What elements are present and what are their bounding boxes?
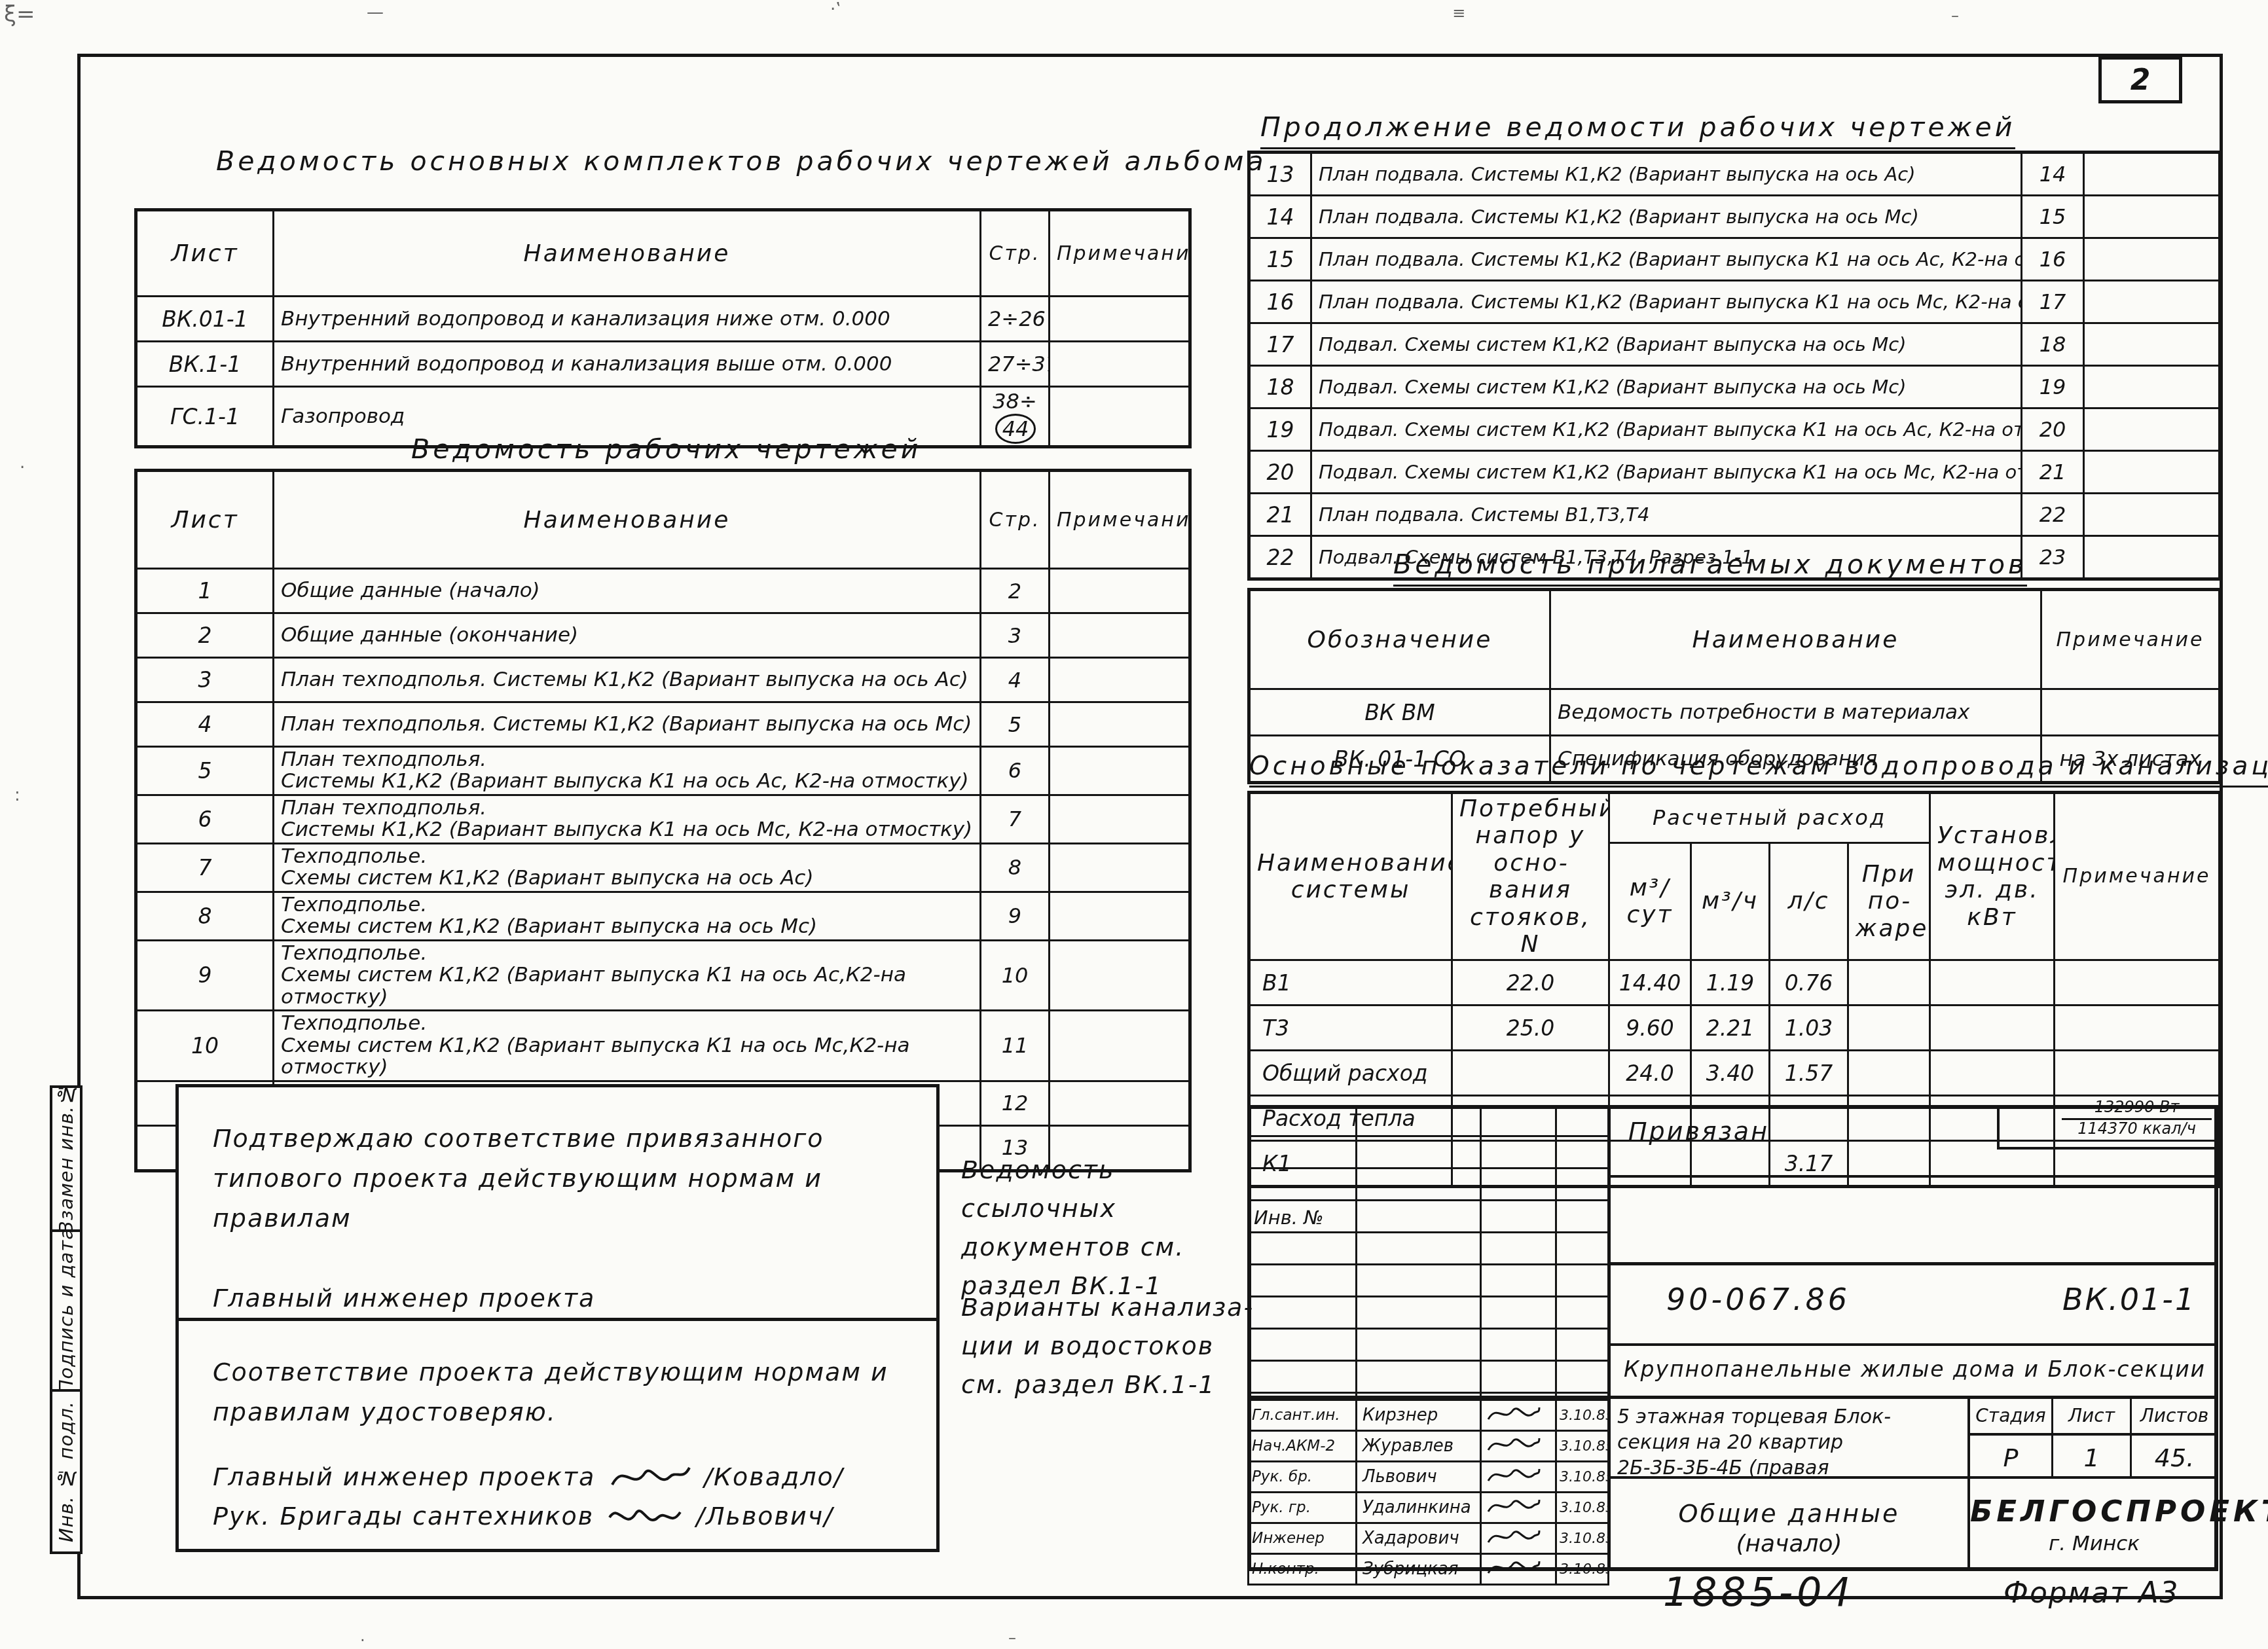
stamp-revision-grid bbox=[1247, 1105, 1607, 1398]
cell: Журавлев bbox=[1357, 1431, 1481, 1462]
stamp-line bbox=[1607, 1175, 2218, 1178]
cell bbox=[2084, 408, 2220, 451]
table-row: ИнженерХадарович3.10.85 bbox=[1249, 1523, 1609, 1554]
col-power: Установл. мощность эл. дв. кВт bbox=[1930, 793, 2055, 960]
cell: 21 bbox=[2022, 451, 2084, 494]
signature-scribble bbox=[606, 1498, 684, 1534]
cell bbox=[1481, 1523, 1556, 1554]
cell: Рук. бр. bbox=[1249, 1462, 1357, 1493]
certify-text: Соответствие проекта действующим нормам … bbox=[179, 1321, 936, 1432]
cell: 1.03 bbox=[1770, 1006, 1848, 1051]
drawing-sheet: 2 Ведомость основных комплектов рабочих … bbox=[0, 0, 2268, 1649]
note-reference-docs: Ведомость ссылочных документов см. разде… bbox=[961, 1151, 1256, 1305]
cell: Подвал. Схемы систем К1,К2 (Вариант выпу… bbox=[1311, 366, 2022, 408]
cell bbox=[2084, 281, 2220, 323]
cell: 18 bbox=[2022, 323, 2084, 366]
cell bbox=[2084, 451, 2220, 494]
cell bbox=[2084, 494, 2220, 536]
stamp-line bbox=[1997, 1147, 2218, 1150]
cell: Техподполье.Схемы систем К1,К2 (Вариант … bbox=[274, 892, 981, 940]
cell: 3 bbox=[981, 613, 1050, 658]
cell: 25.0 bbox=[1452, 1006, 1609, 1051]
cell: 1.57 bbox=[1770, 1051, 1848, 1096]
stamp-privyazan: Привязан bbox=[1628, 1117, 1769, 1146]
cell: 3.10.85 bbox=[1556, 1400, 1609, 1431]
sidebar-cell-vzamen: Взамен инв.№ bbox=[50, 1085, 82, 1232]
table-row: Нач.АКМ-2Журавлев3.10.85 bbox=[1249, 1431, 1609, 1462]
sig-name: /Львович/ bbox=[696, 1502, 833, 1531]
table-row: 19Подвал. Схемы систем К1,К2 (Вариант вы… bbox=[1249, 408, 2220, 451]
signature-scribble bbox=[1484, 1401, 1542, 1426]
stamp-sheet-title-1: Общие данные bbox=[1611, 1499, 1967, 1528]
cell: 4 bbox=[136, 702, 274, 747]
col-note: Примечание bbox=[1050, 210, 1190, 297]
cell bbox=[1481, 1462, 1556, 1493]
cell bbox=[1481, 1400, 1556, 1431]
cell: План подвала. Системы К1,К2 (Вариант вып… bbox=[1311, 153, 2022, 196]
cell: 6 bbox=[981, 747, 1050, 795]
stamp-doc-number: 90-067.86 bbox=[1666, 1282, 1850, 1317]
table-row: 5План техподполья.Системы К1,К2 (Вариант… bbox=[136, 747, 1190, 795]
cell: 12 bbox=[981, 1081, 1050, 1125]
cell bbox=[1050, 1081, 1190, 1125]
cell bbox=[2084, 196, 2220, 238]
cell bbox=[1050, 342, 1190, 387]
cell: 14.40 bbox=[1609, 960, 1691, 1006]
cell: Гл.сант.ин. bbox=[1249, 1400, 1357, 1431]
cell: 11 bbox=[981, 1011, 1050, 1081]
cell bbox=[2084, 153, 2220, 196]
cell bbox=[1481, 1554, 1556, 1585]
certify-box-norms: Соответствие проекта действующим нормам … bbox=[175, 1318, 940, 1552]
cell bbox=[1848, 960, 1930, 1006]
cell: 9.60 bbox=[1609, 1006, 1691, 1051]
sidebar-label: Взамен инв.№ bbox=[55, 1083, 77, 1234]
cell: 10 bbox=[136, 1011, 274, 1081]
cell: 15 bbox=[2022, 196, 2084, 238]
cell bbox=[2084, 366, 2220, 408]
cell bbox=[2041, 689, 2220, 736]
stamp-line bbox=[1607, 1343, 2218, 1346]
album-table-title: Ведомость основных комплектов рабочих че… bbox=[216, 145, 1267, 177]
certify-role: Главный инженер проекта bbox=[179, 1284, 936, 1313]
cell: Техподполье.Схемы систем К1,К2 (Вариант … bbox=[274, 940, 981, 1010]
stamp-sheet-title-2: (начало) bbox=[1611, 1531, 1967, 1557]
scan-artifact: · bbox=[20, 458, 25, 478]
working-header-row: Лист Наименование Стр. Примечание bbox=[136, 471, 1190, 569]
cell: 20 bbox=[1249, 451, 1311, 494]
cell: Подвал. Схемы систем К1,К2 (Вариант выпу… bbox=[1311, 323, 2022, 366]
cell: 8 bbox=[136, 892, 274, 940]
docs-header-row: Обозначение Наименование Примечание bbox=[1249, 590, 2220, 689]
signature-scribble bbox=[1484, 1524, 1542, 1549]
col-m3-day: м³/сут bbox=[1609, 843, 1691, 960]
sig-role: Главный инженер проекта bbox=[213, 1462, 595, 1491]
col-name: Наименование bbox=[1550, 590, 2041, 689]
indicators-title: Основные показатели по чертежам водопров… bbox=[1249, 752, 2268, 788]
scan-artifact: — bbox=[367, 3, 384, 22]
table-row: 2Общие данные (окончание)3 bbox=[136, 613, 1190, 658]
certify-box-typical: Подтверждаю соответствие привязанного ти… bbox=[175, 1084, 940, 1321]
cell: 3.10.85 bbox=[1556, 1462, 1609, 1493]
stamp-series-title: Крупнопанельные жилые дома и Блок-секции bbox=[1624, 1356, 2206, 1382]
cell: 3.10.85 bbox=[1556, 1431, 1609, 1462]
table-row: Гл.сант.ин.Кирзнер3.10.85 bbox=[1249, 1400, 1609, 1431]
album-table: Лист Наименование Стр. Примечание ВК.01-… bbox=[134, 208, 1192, 448]
cell: Н.контр. bbox=[1249, 1554, 1357, 1585]
table-row: 10Техподполье.Схемы систем К1,К2 (Вариан… bbox=[136, 1011, 1190, 1081]
cell: Общие данные (окончание) bbox=[274, 613, 981, 658]
cell: Зубрицкая bbox=[1357, 1554, 1481, 1585]
cell: 2÷26 bbox=[981, 297, 1050, 342]
cell: Львович bbox=[1357, 1462, 1481, 1493]
cell bbox=[1848, 1051, 1930, 1096]
cell: 22 bbox=[2022, 494, 2084, 536]
cell: 13 bbox=[1249, 153, 1311, 196]
sidebar-label: Подпись и дата bbox=[55, 1227, 77, 1394]
stamp-stage-value: Р bbox=[1970, 1443, 2051, 1472]
stamp-line bbox=[1967, 1433, 2218, 1436]
scan-artifact: – bbox=[1951, 7, 1959, 25]
stamp-line bbox=[1480, 1105, 1482, 1398]
cell: Удалинкина bbox=[1357, 1493, 1481, 1523]
cell bbox=[1050, 569, 1190, 613]
cell: 16 bbox=[2022, 238, 2084, 281]
table-row: 13План подвала. Системы К1,К2 (Вариант в… bbox=[1249, 153, 2220, 196]
scan-artifact: ξ= bbox=[4, 1, 35, 27]
cell: 2 bbox=[136, 613, 274, 658]
cell: План подвала. Системы В1,Т3,Т4 bbox=[1311, 494, 2022, 536]
cell: Подвал. Схемы систем К1,К2 (Вариант выпу… bbox=[1311, 451, 2022, 494]
table-row: 9Техподполье.Схемы систем К1,К2 (Вариант… bbox=[136, 940, 1190, 1010]
table-row: 14План подвала. Системы К1,К2 (Вариант в… bbox=[1249, 196, 2220, 238]
cell: 27÷37 bbox=[981, 342, 1050, 387]
stamp-inv-no: Инв. № bbox=[1254, 1206, 1323, 1229]
sig-name: /Ковадло/ bbox=[704, 1462, 843, 1491]
table-row: В122.014.401.190.76 bbox=[1249, 960, 2220, 1006]
col-flow-group: Расчетный расход bbox=[1609, 793, 1930, 843]
cell bbox=[2055, 960, 2220, 1006]
table-row: ВК.1-1 Внутренний водопровод и канализац… bbox=[136, 342, 1190, 387]
table-row: 20Подвал. Схемы систем К1,К2 (Вариант вы… bbox=[1249, 451, 2220, 494]
signature-scribble bbox=[607, 1460, 692, 1494]
cell: 17 bbox=[2022, 281, 2084, 323]
col-pages: Стр. bbox=[981, 210, 1050, 297]
circled-page: 44 bbox=[995, 414, 1036, 444]
cell bbox=[1930, 1006, 2055, 1051]
working-table-title: Ведомость рабочих чертежей bbox=[411, 433, 922, 465]
cell: Инженер bbox=[1249, 1523, 1357, 1554]
cell: 7 bbox=[981, 795, 1050, 843]
order-number: 1885-04 bbox=[1663, 1570, 1855, 1616]
cell: План техподполья.Системы К1,К2 (Вариант … bbox=[274, 747, 981, 795]
cell: Рук. гр. bbox=[1249, 1493, 1357, 1523]
cell: 14 bbox=[2022, 153, 2084, 196]
format-label: Формат А3 bbox=[2003, 1576, 2180, 1610]
cell bbox=[2084, 536, 2220, 579]
cell: ВК.1-1 bbox=[136, 342, 274, 387]
stamp-doc-code: ВК.01-1 bbox=[2062, 1282, 2196, 1317]
cell: План подвала. Системы К1,К2 (Вариант вып… bbox=[1311, 196, 2022, 238]
cell: Общие данные (начало) bbox=[274, 569, 981, 613]
cell: 20 bbox=[2022, 408, 2084, 451]
cell: 3.10.85 bbox=[1556, 1554, 1609, 1585]
cell: 7 bbox=[136, 843, 274, 892]
signature-scribble bbox=[1484, 1493, 1542, 1518]
col-note: Примечание bbox=[1050, 471, 1190, 569]
cell bbox=[1930, 960, 2055, 1006]
cell: 10 bbox=[981, 940, 1050, 1010]
indicators-header-row1: Наименование системы Потребный напор у о… bbox=[1249, 793, 2220, 843]
table-row: 16План подвала. Системы К1,К2 (Вариант в… bbox=[1249, 281, 2220, 323]
scan-artifact: · bbox=[360, 1631, 365, 1649]
stamp-line bbox=[1555, 1105, 1557, 1398]
cell: 16 bbox=[1249, 281, 1311, 323]
stamp-line bbox=[1607, 1262, 2218, 1265]
cell: Нач.АКМ-2 bbox=[1249, 1431, 1357, 1462]
cell bbox=[1050, 747, 1190, 795]
cell: Ведомость потребности в материалах bbox=[1550, 689, 2041, 736]
scan-artifact: : bbox=[14, 786, 20, 805]
cell bbox=[2055, 1051, 2220, 1096]
stamp-object-desc: 5 этажная торцевая Блок-секция на 20 ква… bbox=[1617, 1404, 1958, 1481]
cell bbox=[1050, 613, 1190, 658]
scan-artifact: ≡ bbox=[1452, 4, 1465, 22]
table-row: 4План техподполья. Системы К1,К2 (Вариан… bbox=[136, 702, 1190, 747]
pages-prefix: 38÷ bbox=[993, 389, 1037, 414]
cell: Техподполье.Схемы систем К1,К2 (Вариант … bbox=[274, 1011, 981, 1081]
col-m3-hour: м³/ч bbox=[1691, 843, 1770, 960]
cell: Общий расход bbox=[1249, 1051, 1452, 1096]
cell: План техподполья. Системы К1,К2 (Вариант… bbox=[274, 658, 981, 702]
page-number-box: 2 bbox=[2098, 56, 2182, 103]
cell bbox=[1930, 1051, 2055, 1096]
sidebar-cell-podpis: Подпись и дата bbox=[50, 1229, 82, 1392]
table-row: Рук. гр.Удалинкина3.10.85 bbox=[1249, 1493, 1609, 1523]
scan-artifact: ·‛ bbox=[830, 0, 841, 20]
cell: 19 bbox=[1249, 408, 1311, 451]
stamp-org-name: БЕЛГОСПРОЕКТ bbox=[1970, 1494, 2218, 1529]
cell: 0.76 bbox=[1770, 960, 1848, 1006]
table-row: 18Подвал. Схемы систем К1,К2 (Вариант вы… bbox=[1249, 366, 2220, 408]
col-sheet: Лист bbox=[136, 471, 274, 569]
cell: План подвала. Системы К1,К2 (Вариант вып… bbox=[1311, 238, 2022, 281]
cell: 9 bbox=[981, 892, 1050, 940]
stamp-sheets-value: 45. bbox=[2132, 1443, 2217, 1472]
cell: План техподполья.Системы К1,К2 (Вариант … bbox=[274, 795, 981, 843]
cell: 5 bbox=[981, 702, 1050, 747]
cell: Т3 bbox=[1249, 1006, 1452, 1051]
certify-text: Подтверждаю соответствие привязанного ти… bbox=[179, 1087, 936, 1238]
table-row: ВК ВМВедомость потребности в материалах bbox=[1249, 689, 2220, 736]
cell: 38÷44 bbox=[981, 387, 1050, 447]
cell: 15 bbox=[1249, 238, 1311, 281]
sig-role: Рук. Бригады сантехников bbox=[213, 1502, 594, 1531]
cell bbox=[1848, 1006, 1930, 1051]
cell bbox=[1050, 843, 1190, 892]
col-note: Примечание bbox=[2041, 590, 2220, 689]
cell: План техподполья. Системы К1,К2 (Вариант… bbox=[274, 702, 981, 747]
signature-scribble bbox=[1484, 1462, 1542, 1487]
cell: План подвала. Системы К1,К2 (Вариант вып… bbox=[1311, 281, 2022, 323]
col-name: Наименование bbox=[274, 210, 981, 297]
cell: 2 bbox=[981, 569, 1050, 613]
cell: Внутренний водопровод и канализация ниже… bbox=[274, 297, 981, 342]
cell: ВК ВМ bbox=[1249, 689, 1550, 736]
stamp-sheet-value: 1 bbox=[2053, 1443, 2130, 1472]
table-row: 7Техподполье.Схемы систем К1,К2 (Вариант… bbox=[136, 843, 1190, 892]
cell: 3.10.85 bbox=[1556, 1493, 1609, 1523]
cell: ВК.01-1 bbox=[136, 297, 274, 342]
cell: Подвал. Схемы систем К1,К2 (Вариант выпу… bbox=[1311, 408, 2022, 451]
cell bbox=[1050, 795, 1190, 843]
stamp-stage-header: Стадия bbox=[1970, 1405, 2051, 1426]
cell bbox=[1050, 940, 1190, 1010]
table-row: Н.контр.Зубрицкая3.10.85 bbox=[1249, 1554, 1609, 1585]
table-row: 21План подвала. Системы В1,Т3,Т422 bbox=[1249, 494, 2220, 536]
cell: 3.10.85 bbox=[1556, 1523, 1609, 1554]
cell: 8 bbox=[981, 843, 1050, 892]
cell: 5 bbox=[136, 747, 274, 795]
cell: 17 bbox=[1249, 323, 1311, 366]
stamp-org-city: г. Минск bbox=[1970, 1532, 2218, 1555]
cell bbox=[1481, 1493, 1556, 1523]
table-row: 3План техподполья. Системы К1,К2 (Вариан… bbox=[136, 658, 1190, 702]
sidebar-label: Инв. № подл. bbox=[55, 1401, 77, 1542]
signature-scribble bbox=[1484, 1555, 1542, 1580]
cell bbox=[1050, 892, 1190, 940]
signature-scribble bbox=[1484, 1432, 1542, 1457]
cell: 23 bbox=[2022, 536, 2084, 579]
col-napor: Потребный напор у осно­вания стоя­ков, N bbox=[1452, 793, 1609, 960]
table-row: 1Общие данные (начало)2 bbox=[136, 569, 1190, 613]
cell bbox=[1452, 1051, 1609, 1096]
page-number: 2 bbox=[2131, 63, 2151, 97]
cell: Внутренний водопровод и канализация выше… bbox=[274, 342, 981, 387]
cell bbox=[1050, 387, 1190, 447]
stamp-sheet-header: Лист bbox=[2053, 1405, 2130, 1426]
cell: ГС.1-1 bbox=[136, 387, 274, 447]
sidebar-cell-inv: Инв. № подл. bbox=[50, 1389, 82, 1554]
cell: 18 bbox=[1249, 366, 1311, 408]
col-system: Наименование системы bbox=[1249, 793, 1452, 960]
cell bbox=[1481, 1431, 1556, 1462]
table-row: 6План техподполья.Системы К1,К2 (Вариант… bbox=[136, 795, 1190, 843]
working-drawings-table: Лист Наименование Стр. Примечание 1Общие… bbox=[134, 469, 1192, 1172]
cell: 21 bbox=[1249, 494, 1311, 536]
continuation-table: 13План подвала. Системы К1,К2 (Вариант в… bbox=[1247, 151, 2222, 581]
table-row: ВК.01-1 Внутренний водопровод и канализа… bbox=[136, 297, 1190, 342]
col-l-s: л/с bbox=[1770, 843, 1848, 960]
cell: 3.40 bbox=[1691, 1051, 1770, 1096]
stamp-sheets-header: Листов bbox=[2132, 1405, 2217, 1426]
cell: 19 bbox=[2022, 366, 2084, 408]
cell: 1.19 bbox=[1691, 960, 1770, 1006]
table-row: Общий расход24.03.401.57 bbox=[1249, 1051, 2220, 1096]
cell: 9 bbox=[136, 940, 274, 1010]
cell: 22.0 bbox=[1452, 960, 1609, 1006]
stamp-signatures-table: Гл.сант.ин.Кирзнер3.10.85Нач.АКМ-2Журавл… bbox=[1247, 1399, 1609, 1586]
table-row: 17Подвал. Схемы систем К1,К2 (Вариант вы… bbox=[1249, 323, 2220, 366]
cell: В1 bbox=[1249, 960, 1452, 1006]
cell bbox=[1050, 297, 1190, 342]
cell: 24.0 bbox=[1609, 1051, 1691, 1096]
col-sheet: Лист bbox=[136, 210, 274, 297]
table-row: 8Техподполье.Схемы систем К1,К2 (Вариант… bbox=[136, 892, 1190, 940]
cell: Кирзнер bbox=[1357, 1400, 1481, 1431]
table-row: 15План подвала. Системы К1,К2 (Вариант в… bbox=[1249, 238, 2220, 281]
cell: 2.21 bbox=[1691, 1006, 1770, 1051]
continuation-title: Продолжение ведомости рабочих чертежей bbox=[1260, 111, 2015, 149]
cell bbox=[1050, 702, 1190, 747]
cell: 22 bbox=[1249, 536, 1311, 579]
cell bbox=[2084, 238, 2220, 281]
table-row: Рук. бр.Львович3.10.85 bbox=[1249, 1462, 1609, 1493]
scan-artifact: – bbox=[1008, 1629, 1016, 1647]
stamp-line bbox=[1355, 1105, 1357, 1398]
cell: 3 bbox=[136, 658, 274, 702]
col-note: Примечание bbox=[2055, 793, 2220, 960]
cell bbox=[2084, 323, 2220, 366]
album-header-row: Лист Наименование Стр. Примечание bbox=[136, 210, 1190, 297]
cell: 1 bbox=[136, 569, 274, 613]
cell: 4 bbox=[981, 658, 1050, 702]
table-row: Т325.09.602.211.03 bbox=[1249, 1006, 2220, 1051]
col-pages: Стр. bbox=[981, 471, 1050, 569]
note-variants: Варианты канализа­ции и водостоков см. р… bbox=[961, 1288, 1256, 1404]
cell bbox=[2055, 1006, 2220, 1051]
col-name: Наименование bbox=[274, 471, 981, 569]
cell: 6 bbox=[136, 795, 274, 843]
col-designation: Обозначение bbox=[1249, 590, 1550, 689]
cell: Хадарович bbox=[1357, 1523, 1481, 1554]
cell bbox=[1050, 658, 1190, 702]
stamp-line bbox=[1997, 1105, 2000, 1149]
cell bbox=[1050, 1011, 1190, 1081]
cell: Техподполье.Схемы систем К1,К2 (Вариант … bbox=[274, 843, 981, 892]
cell: 14 bbox=[1249, 196, 1311, 238]
col-fire: При по­жаре bbox=[1848, 843, 1930, 960]
attached-docs-title: Ведомость прилагаемых документов bbox=[1393, 549, 2027, 587]
